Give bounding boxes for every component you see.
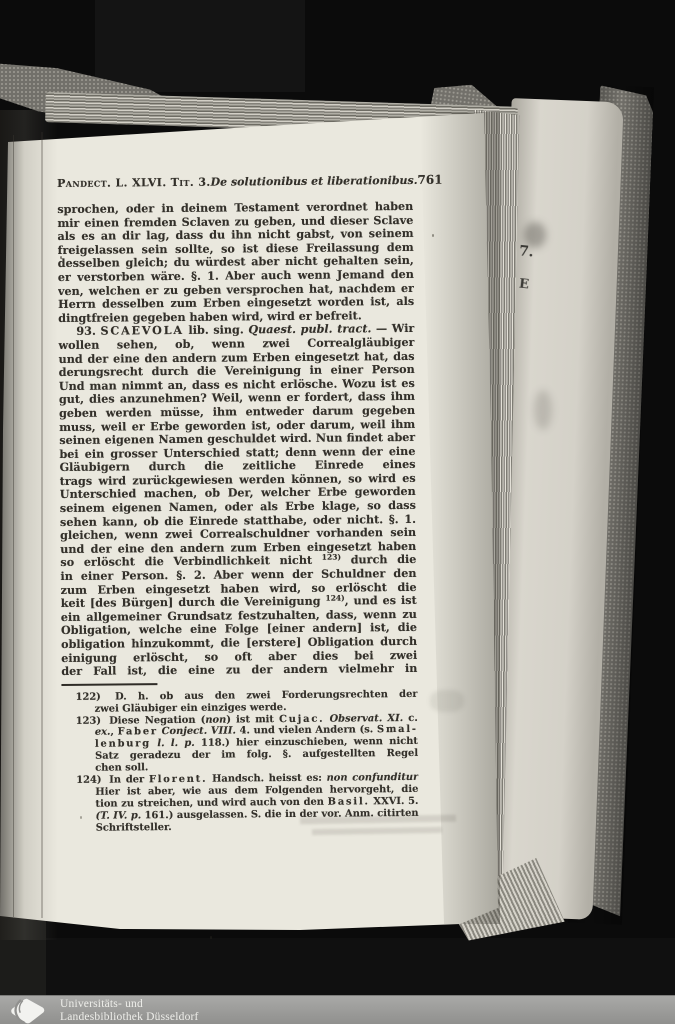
footnote-rule [61, 683, 157, 686]
smudge [534, 390, 552, 430]
scanned-book-photo: 7. E Pandect. L. XLVI. Tit. 3. De soluti… [0, 0, 675, 1024]
scanner-background [95, 0, 305, 92]
scanner-background [0, 938, 675, 998]
footnote-label: 124) [76, 775, 104, 786]
running-header: Pandect. L. XLVI. Tit. 3. De solutionibu… [57, 173, 413, 190]
footnote-label: 122) [76, 691, 104, 702]
page-number: 761 [417, 173, 442, 187]
smudge [524, 222, 546, 248]
ink-bleed [430, 690, 464, 712]
body-line: der Fall ist, die eine zu der andern vie… [61, 662, 417, 679]
footnotes: 122) D. h. ob aus den zwei Forderungsrec… [62, 689, 419, 835]
library-name-line2: Landesbibliothek Düsseldorf [60, 1011, 199, 1024]
ulb-duesseldorf-logo-icon [8, 998, 48, 1024]
page-text: Pandect. L. XLVI. Tit. 3. De solutionibu… [57, 173, 419, 835]
footnote-label: 123) [76, 715, 104, 726]
library-name-line1: Universitäts- und [60, 998, 199, 1011]
gutter-shadow [0, 110, 58, 940]
header-citation: Pandect. L. XLVI. Tit. 3. [57, 176, 211, 190]
bleed-mark: E [518, 278, 529, 292]
page-edge-line [13, 135, 14, 917]
header-latin-title: De solutionibus et liberationibus. [211, 174, 418, 189]
page-edge-line [41, 132, 43, 918]
library-name: Universitäts- und Landesbibliothek Düsse… [60, 998, 199, 1023]
body-text: sprochen, oder in deinem Testament veror… [57, 200, 417, 679]
library-footer-bar: Universitäts- und Landesbibliothek Düsse… [0, 995, 675, 1024]
